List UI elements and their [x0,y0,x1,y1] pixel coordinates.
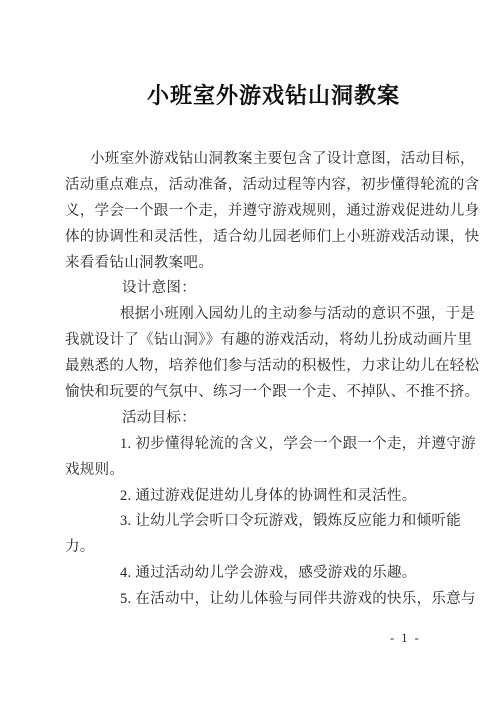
document-line: 戏规则。 [65,458,462,484]
document-line: 我就设计了《钻山洞》》有趣的游戏活动，将幼儿扮成动画片里 [65,328,462,354]
document-line: 愉快和玩要的气氛中、练习一个跟一个走、不掉队、不推不挤。 [65,380,462,406]
document-line: 4. 通过活动幼儿学会游戏，感受游戏的乐趣。 [65,561,462,587]
page-number: - 1 - [390,631,421,646]
document-line: 体的协调性和灵活性，适合幼儿园老师们上小班游戏活动课，快 [65,225,462,251]
document-title: 小班室外游戏钻山洞教案 [65,82,462,110]
document-line: 小班室外游戏钻山洞教案主要包含了设计意图，活动目标， [65,147,462,173]
document-line: 根据小班刚入园幼儿的主动参与活动的意识不强，于是 [65,302,462,328]
document-line: 来看看钻山洞教案吧。 [65,251,462,277]
document-body: 小班室外游戏钻山洞教案主要包含了设计意图，活动目标，活动重点难点，活动准备，活动… [65,147,462,613]
document-line: 最熟悉的人物，培养他们参与活动的积极性，力求让幼儿在轻松 [65,354,462,380]
document-line: 设计意图： [65,276,462,302]
document-line: 义，学会一个跟一个走，并遵守游戏规则，通过游戏促进幼儿身 [65,199,462,225]
document-line: 活动重点难点，活动准备，活动过程等内容，初步懂得轮流的含 [65,173,462,199]
document-line: 力。 [65,535,462,561]
document-line: 1. 初步懂得轮流的含义，学会一个跟一个走，并遵守游 [65,432,462,458]
document-line: 2. 通过游戏促进幼儿身体的协调性和灵活性。 [65,484,462,510]
document-line: 3. 让幼儿学会听口令玩游戏，锻炼反应能力和倾听能 [65,509,462,535]
document-line: 活动目标： [65,406,462,432]
document-line: 5. 在活动中，让幼儿体验与同伴共游戏的快乐，乐意与 [65,587,462,613]
document-page: 小班室外游戏钻山洞教案 小班室外游戏钻山洞教案主要包含了设计意图，活动目标，活动… [0,0,496,702]
